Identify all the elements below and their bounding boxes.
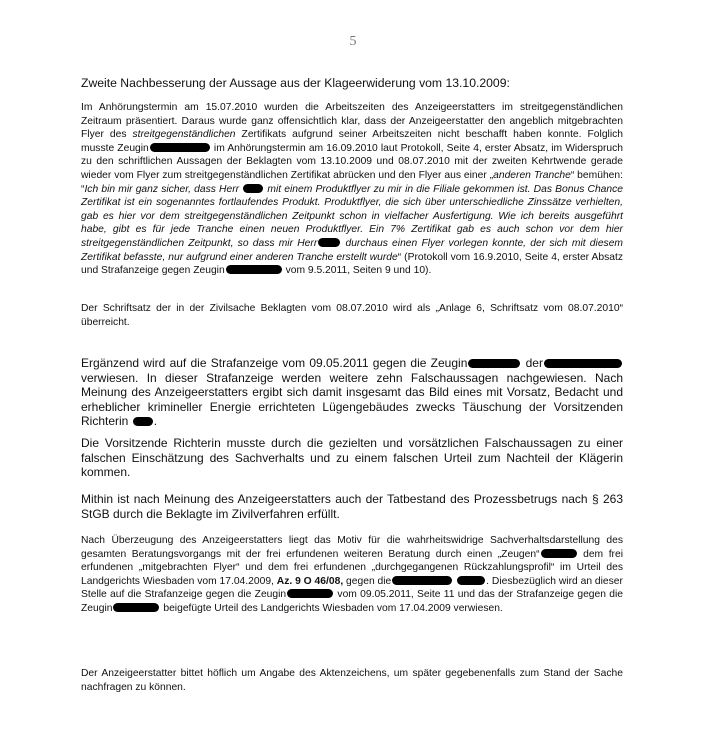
paragraph-second-correction: Im Anhörungstermin am 15.07.2010 wurden …: [81, 101, 623, 278]
redaction-mark: [541, 549, 577, 558]
text: gegen die: [343, 576, 391, 587]
page-number: 5: [0, 34, 706, 50]
paragraph-motive: Nach Überzeugung des Anzeigeerstatters l…: [81, 534, 623, 616]
text: Ergänzend wird auf die Strafanzeige vom …: [81, 356, 467, 370]
redaction-mark: [243, 184, 263, 193]
redaction-mark: [457, 576, 485, 585]
text: verwiesen. In dieser Strafanzeige werden…: [81, 371, 623, 429]
redaction-mark: [226, 265, 282, 274]
redaction-mark: [468, 359, 520, 368]
text-italic: anderen Tranche: [493, 170, 571, 181]
redaction-mark: [392, 576, 452, 585]
text: der: [521, 356, 543, 370]
case-number: Az. 9 O 46/08,: [277, 576, 343, 587]
redaction-mark: [150, 143, 210, 152]
paragraph-judge: Die Vorsitzende Richterin musste durch d…: [81, 436, 623, 480]
paragraph-request: Der Anzeigeerstatter bittet höflich um A…: [81, 667, 623, 694]
text: vom 9.5.2011, Seiten 9 und 10).: [283, 265, 432, 276]
paragraph-attachment: Der Schriftsatz der in der Zivilsache Be…: [81, 302, 623, 329]
section-heading: Zweite Nachbesserung der Aussage aus der…: [81, 76, 623, 91]
redaction-mark: [133, 417, 153, 426]
quote-italic: Ich bin mir ganz sicher, dass Herr: [84, 184, 239, 195]
redaction-mark: [544, 359, 622, 368]
text: beigefügte Urteil des Landgerichts Wiesb…: [160, 603, 502, 614]
paragraph-fraud: Mithin ist nach Meinung des Anzeigeersta…: [81, 492, 623, 521]
redaction-mark: [113, 603, 159, 612]
text: .: [154, 414, 157, 428]
redaction-mark: [287, 589, 333, 598]
redaction-mark: [318, 238, 340, 247]
paragraph-criminal-complaint: Ergänzend wird auf die Strafanzeige vom …: [81, 356, 623, 429]
text-italic: streitgegenständlichen: [132, 129, 235, 140]
